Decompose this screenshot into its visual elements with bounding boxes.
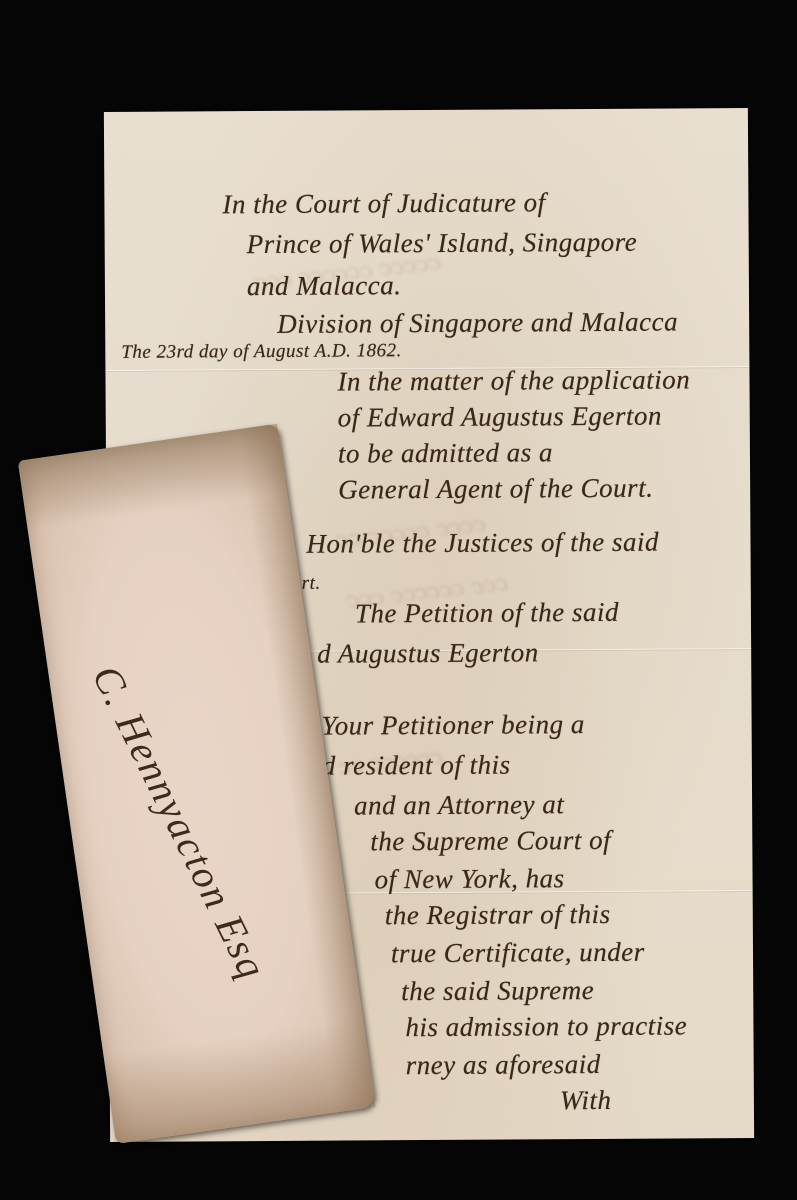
date-line: The 23rd day of August A.D. 1862. bbox=[121, 340, 402, 364]
body-line-11: With bbox=[560, 1085, 612, 1116]
petition-line-1: The Petition of the said bbox=[355, 597, 619, 630]
address-line-1: Hon'ble the Justices of the said bbox=[306, 527, 659, 560]
matter-line-3: to be admitted as a bbox=[338, 437, 553, 469]
heading-line-1: In the Court of Judicature of bbox=[222, 187, 545, 220]
body-line-3: and an Attorney at bbox=[354, 789, 564, 821]
body-line-2: d resident of this bbox=[322, 750, 511, 782]
matter-line-2: of Edward Augustus Egerton bbox=[338, 401, 662, 434]
body-line-6: the Registrar of this bbox=[385, 899, 611, 931]
heading-line-4: Division of Singapore and Malacca bbox=[277, 306, 678, 339]
address-line-2: rt. bbox=[302, 573, 321, 595]
body-line-1: Your Petitioner being a bbox=[322, 709, 585, 742]
body-line-8: the said Supreme bbox=[401, 975, 594, 1007]
matter-line-4: General Agent of the Court. bbox=[338, 473, 653, 506]
body-line-7: true Certificate, under bbox=[391, 937, 645, 970]
matter-line-1: In the matter of the application bbox=[337, 364, 690, 397]
heading-line-2: Prince of Wales' Island, Singapore bbox=[247, 227, 638, 260]
body-line-5: of New York, has bbox=[374, 863, 564, 895]
body-line-9: his admission to practise bbox=[405, 1010, 687, 1043]
envelope-address: C. Hennyacton Esq bbox=[83, 658, 277, 987]
body-line-4: the Supreme Court of bbox=[370, 825, 611, 857]
petition-line-2: d Augustus Egerton bbox=[317, 637, 539, 669]
heading-line-3: and Malacca. bbox=[247, 270, 402, 302]
body-line-10: rney as aforesaid bbox=[406, 1049, 601, 1081]
